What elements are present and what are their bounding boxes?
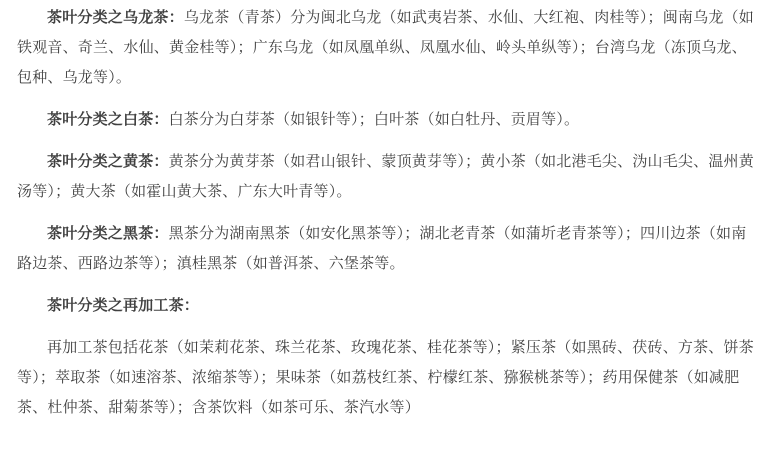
heading-reprocessed-tea-label: 茶叶分类之再加工茶： (47, 297, 199, 314)
paragraph-reprocessed-tea-text: 再加工茶包括花茶（如茉莉花茶、珠兰花茶、玫瑰花茶、桂花茶等）；紧压茶（如黑砖、茯… (17, 339, 754, 416)
paragraph-oolong-tea: 茶叶分类之乌龙茶：乌龙茶（青茶）分为闽北乌龙（如武夷岩茶、水仙、大红袍、肉桂等）… (17, 3, 758, 93)
paragraph-dark-tea-label: 茶叶分类之黑茶： (47, 225, 169, 242)
paragraph-white-tea: 茶叶分类之白茶：白茶分为白芽茶（如银针等）；白叶茶（如白牡丹、贡眉等）。 (17, 105, 758, 135)
paragraph-dark-tea: 茶叶分类之黑茶：黑茶分为湖南黑茶（如安化黑茶等）；湖北老青茶（如蒲圻老青茶等）；… (17, 219, 758, 279)
article-body: 茶叶分类之乌龙茶：乌龙茶（青茶）分为闽北乌龙（如武夷岩茶、水仙、大红袍、肉桂等）… (0, 0, 775, 423)
paragraph-oolong-tea-label: 茶叶分类之乌龙茶： (47, 9, 184, 26)
paragraph-yellow-tea-label: 茶叶分类之黄茶： (47, 153, 169, 170)
paragraph-white-tea-text: 白茶分为白芽茶（如银针等）；白叶茶（如白牡丹、贡眉等）。 (169, 111, 580, 128)
heading-reprocessed-tea: 茶叶分类之再加工茶： (17, 291, 758, 321)
paragraph-reprocessed-tea: 再加工茶包括花茶（如茉莉花茶、珠兰花茶、玫瑰花茶、桂花茶等）；紧压茶（如黑砖、茯… (17, 333, 758, 423)
paragraph-yellow-tea: 茶叶分类之黄茶：黄茶分为黄芽茶（如君山银针、蒙顶黄芽等）；黄小茶（如北港毛尖、沩… (17, 147, 758, 207)
paragraph-white-tea-label: 茶叶分类之白茶： (47, 111, 169, 128)
